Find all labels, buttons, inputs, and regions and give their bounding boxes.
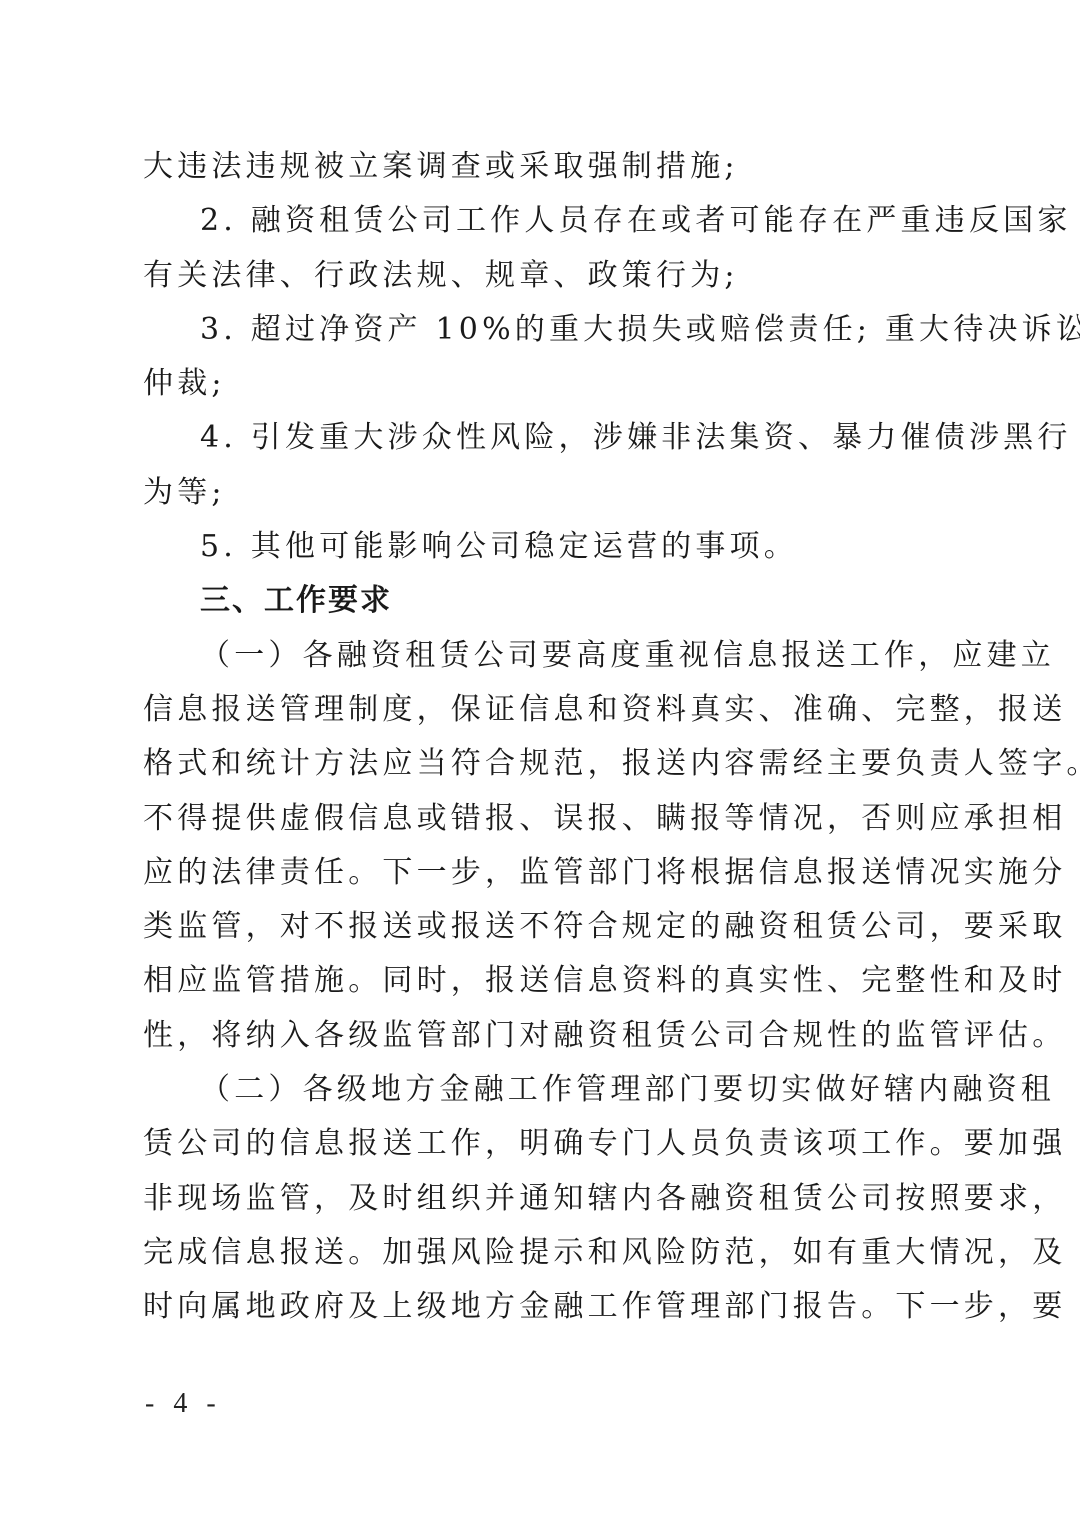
text-line: 类监管，对不报送或报送不符合规定的融资租赁公司，要采取 [143, 900, 943, 954]
paragraph-1-start: （一）各融资租赁公司要高度重视信息报送工作，应建立 [143, 629, 943, 683]
section-heading: 三、工作要求 [143, 574, 943, 628]
text-line: 完成信息报送。加强风险提示和风险防范，如有重大情况，及 [143, 1226, 943, 1280]
text-line: 不得提供虚假信息或错报、误报、瞒报等情况，否则应承担相 [143, 792, 943, 846]
list-item-2: 2. 融资租赁公司工作人员存在或者可能存在严重违反国家 [143, 194, 943, 248]
text-line: 有关法律、行政法规、规章、政策行为; [143, 249, 943, 303]
page-number: - 4 - [145, 1388, 222, 1420]
text-line: 相应监管措施。同时，报送信息资料的真实性、完整性和及时 [143, 954, 943, 1008]
text-line: 性，将纳入各级监管部门对融资租赁公司合规性的监管评估。 [143, 1009, 943, 1063]
list-item-4: 4. 引发重大涉众性风险，涉嫌非法集资、暴力催债涉黑行 [143, 411, 943, 465]
list-item-5: 5. 其他可能影响公司稳定运营的事项。 [143, 520, 943, 574]
text-line: 信息报送管理制度，保证信息和资料真实、准确、完整，报送 [143, 683, 943, 737]
text-line: 为等; [143, 466, 943, 520]
paragraph-2-start: （二）各级地方金融工作管理部门要切实做好辖内融资租 [143, 1063, 943, 1117]
text-line: 时向属地政府及上级地方金融工作管理部门报告。下一步，要 [143, 1280, 943, 1334]
text-line: 格式和统计方法应当符合规范，报送内容需经主要负责人签字。 [143, 737, 943, 791]
document-body: 大违法违规被立案调查或采取强制措施; 2. 融资租赁公司工作人员存在或者可能存在… [143, 140, 943, 1335]
list-item-3: 3. 超过净资产 10%的重大损失或赔偿责任; 重大待决诉讼、 [143, 303, 943, 357]
text-line: 赁公司的信息报送工作，明确专门人员负责该项工作。要加强 [143, 1117, 943, 1171]
text-line: 仲裁; [143, 357, 943, 411]
text-line: 应的法律责任。下一步，监管部门将根据信息报送情况实施分 [143, 846, 943, 900]
text-line: 大违法违规被立案调查或采取强制措施; [143, 140, 943, 194]
text-line: 非现场监管，及时组织并通知辖内各融资租赁公司按照要求， [143, 1172, 943, 1226]
